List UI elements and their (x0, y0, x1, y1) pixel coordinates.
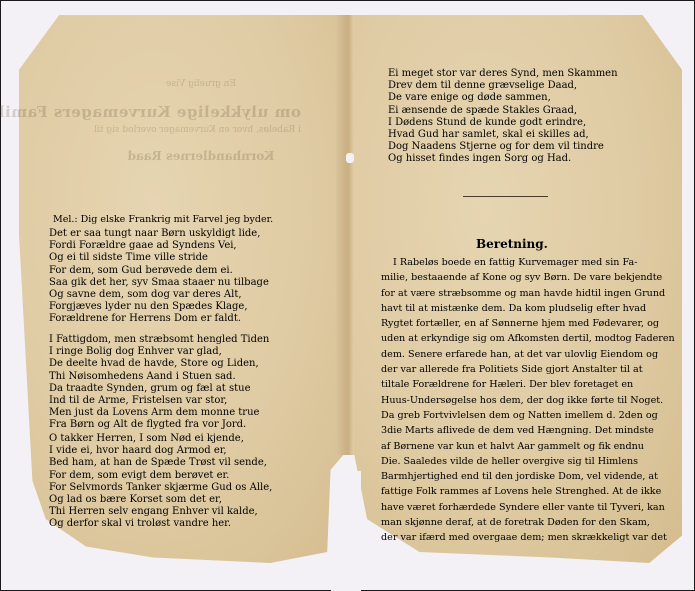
bleed-line-2: om ulykkelige Kurvemagers Familie (101, 103, 301, 121)
prose-line: dem. Senere erfarede han, at det var ulo… (381, 347, 631, 362)
prose-line: havt til at mistænke dem. Da kom pludsel… (381, 301, 631, 316)
prose-line: tiltale Forældrene for Hæleri. Der blev … (381, 377, 631, 392)
verse-line: I vide ei, hvor haard dog Armod er, (49, 445, 272, 457)
verse-line: I Dødens Stund de kunde godt erindre, (388, 117, 618, 129)
verse-line: Dog Naadens Stjerne og for dem vil tindr… (388, 141, 618, 153)
prose-line: Barmhjertighed end til den jordiske Dom,… (381, 469, 631, 484)
verse-line: Thi Nøisomhedens Aand i Stuen sad. (49, 371, 269, 383)
verse-line: Men just da Lovens Arm dem monne true (49, 407, 269, 419)
prose-line: af Børnene var kun et halvt Aar gammelt … (381, 439, 631, 454)
verse-line: Ei meget stor var deres Synd, men Skamme… (388, 68, 618, 80)
verse-line: Thi Herren selv engang Enhver vil kalde, (49, 506, 272, 518)
prose-line: uden at erkyndige sig om Afkomsten derti… (381, 331, 631, 346)
verse-line: For dem, som evigt dem berøvet er. (49, 470, 272, 482)
right-verse: Ei meget stor var deres Synd, men Skamme… (388, 68, 618, 166)
verse-line: Ei ænsende de spæde Stakles Graad, (388, 105, 618, 117)
verse-line: Og lad os bære Korset som det er, (49, 494, 272, 506)
verse-line: Fra Børn og Alt de flygted fra vor Jord. (49, 419, 269, 431)
prose-line: Die. Saaledes vilde de heller overgive s… (381, 454, 631, 469)
prose-line: Da greb Fortvivlelsen dem og Natten imel… (381, 408, 631, 423)
bleed-through-title: En gruelig Vise om ulykkelige Kurvemager… (101, 79, 301, 163)
verse-line: Fordi Forældre gaae ad Syndens Vei, (49, 240, 269, 252)
verse-line: Ind til de Arme, Fristelsen var stor, (49, 395, 269, 407)
verse-line: Og derfor skal vi troløst vandre her. (49, 518, 272, 530)
melody-note: Mel.: Dig elske Frankrig mit Farvel jeg … (53, 214, 273, 225)
verse-line: Forældrene for Herrens Dom er faldt. (49, 313, 269, 325)
prose-line: der var ifærd med overgaae dem; men skræ… (381, 530, 631, 545)
verse-line: Drev dem til denne grævselige Daad, (388, 80, 618, 92)
bleed-line-1: En gruelig Vise (101, 79, 301, 89)
verse-line: Saa gik det her, syv Smaa staaer nu tilb… (49, 277, 269, 289)
bleed-line-4: Kornhandlernes Raad (101, 149, 301, 163)
stanza-3: O takker Herren, I som Nød ei kjende, I … (49, 433, 272, 531)
verse-line: Og ei til sidste Time ville stride (49, 252, 269, 264)
verse-line: Forgjæves lyder nu den Spædes Klage, (49, 301, 269, 313)
verse-line: De deelte hvad de havde, Store og Liden, (49, 358, 269, 370)
prose-line: Rygtet fortæller, en af Sønnerne hjem me… (381, 316, 631, 331)
paper-tear (346, 153, 354, 163)
verse-line: For Selvmords Tanker skjærme Gud os Alle… (49, 482, 272, 494)
bleed-line-3: i Rabeløs, hvor en Kurvemager overlod si… (101, 125, 301, 135)
verse-line: Og savne dem, som dog var deres Alt, (49, 289, 269, 301)
prose-line: fattige Folk rammes af Lovens hele Stren… (381, 484, 631, 499)
prose-line: man skjønne deraf, at de foretrak Døden … (381, 515, 631, 530)
verse-line: Hvad Gud har samlet, skal ei skilles ad, (388, 129, 618, 141)
verse-line: For dem, som Gud berøvede dem ei. (49, 265, 269, 277)
section-title: Beretning. (476, 237, 548, 251)
stanza-2: I Fattigdom, men stræbsomt hengled Tiden… (49, 334, 269, 432)
prose-body: I Rabeløs boede en fattig Kurvemager med… (381, 255, 631, 546)
scan-frame: En gruelig Vise om ulykkelige Kurvemager… (0, 0, 695, 591)
verse-line: De vare enige og døde sammen, (388, 92, 618, 104)
prose-line: for at være stræbsomme og man havde hidt… (381, 286, 631, 301)
verse-line: Bed ham, at han de Spæde Trøst vil sende… (49, 457, 272, 469)
verse-line: Da traadte Synden, grum og fæl at stue (49, 383, 269, 395)
stanza-1: Det er saa tungt naar Børn uskyldigt lid… (49, 228, 269, 326)
verse-line: I Fattigdom, men stræbsomt hengled Tiden (49, 334, 269, 346)
verse-line: I ringe Bolig dog Enhver var glad, (49, 346, 269, 358)
prose-line: I Rabeløs boede en fattig Kurvemager med… (381, 255, 631, 270)
prose-line: Huus-Undersøgelse hos dem, der dog ikke … (381, 393, 631, 408)
paper-tear (331, 471, 361, 591)
verse-line: O takker Herren, I som Nød ei kjende, (49, 433, 272, 445)
prose-line: 3die Marts aflivede de dem ved Hængning.… (381, 423, 631, 438)
prose-line: have været forhærdede Syndere eller vant… (381, 500, 631, 515)
verse-line: Og hisset findes ingen Sorg og Had. (388, 153, 618, 165)
prose-line: der var allerede fra Politiets Side gjor… (381, 362, 631, 377)
prose-line: milie, bestaaende af Kone og syv Børn. D… (381, 270, 631, 285)
verse-line: Det er saa tungt naar Børn uskyldigt lid… (49, 228, 269, 240)
section-divider (463, 196, 548, 197)
